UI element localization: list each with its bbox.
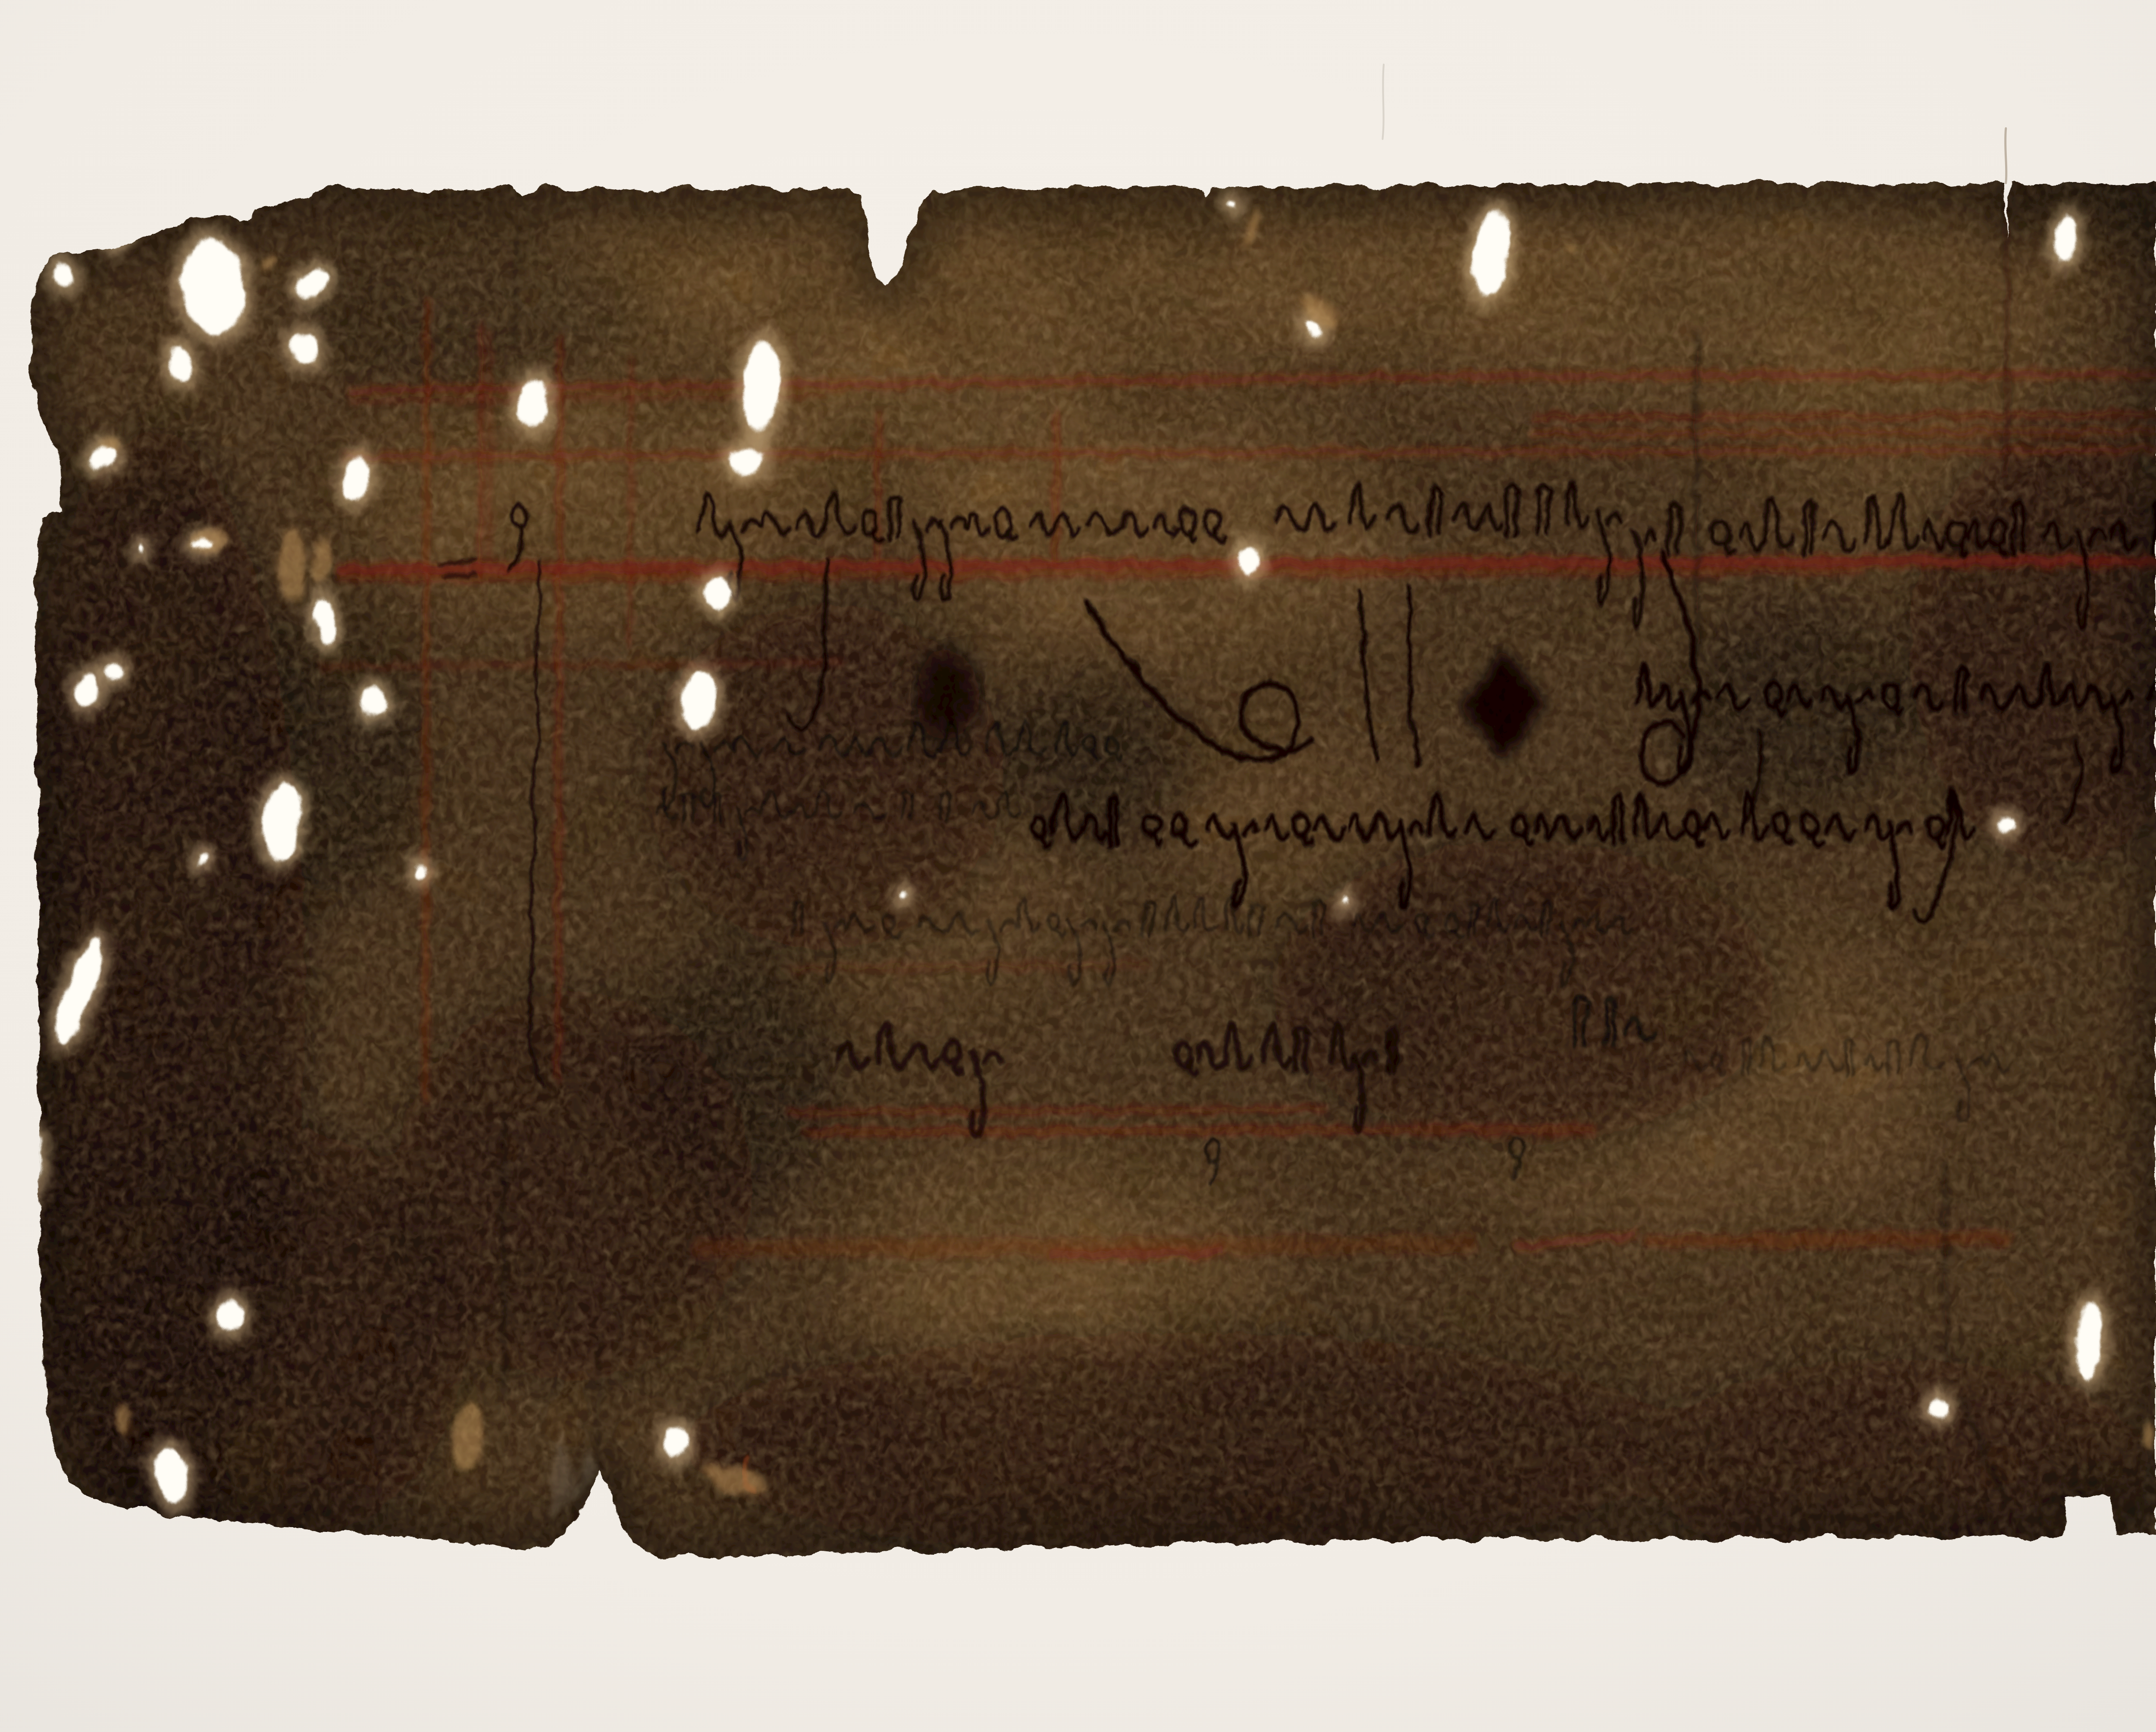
- red-rule-line: [788, 965, 1147, 968]
- crease-line: [1944, 1164, 1947, 1359]
- wormhole: [107, 663, 122, 679]
- fiber-thread: [1382, 65, 1383, 139]
- red-rule-line: [489, 332, 491, 569]
- wormhole: [1238, 546, 1259, 575]
- red-rule-line: [481, 328, 482, 574]
- red-rule-line: [877, 414, 879, 569]
- crease-line: [503, 1121, 504, 1399]
- red-rule-line: [699, 1244, 1470, 1249]
- red-rule-line: [558, 336, 560, 1078]
- red-rule-line: [1534, 431, 2156, 434]
- fiber-sliver: [2006, 129, 2006, 183]
- red-rule-line: [425, 302, 427, 1100]
- red-rule-line: [806, 1129, 1595, 1132]
- red-rule-line: [1648, 1238, 2007, 1242]
- wormhole: [1343, 898, 1348, 904]
- red-rule-line: [630, 358, 631, 647]
- wormhole: [663, 1427, 688, 1458]
- red-rule-line: [1534, 415, 2156, 417]
- wormhole: [1930, 1398, 1948, 1417]
- photo-stage: [0, 0, 2156, 1732]
- wormhole: [1229, 200, 1237, 208]
- wormhole: [415, 865, 426, 877]
- manuscript-photo: [0, 0, 2156, 1732]
- manuscript-fragment: [3, 155, 2156, 1574]
- red-rule-line: [1050, 1253, 1222, 1256]
- wormhole: [901, 894, 908, 901]
- wormhole: [360, 689, 386, 715]
- red-rule-line: [1055, 412, 1056, 566]
- wormhole: [1998, 817, 2014, 832]
- red-rule-line: [323, 663, 842, 666]
- thin-spot: [2141, 1423, 2156, 1449]
- wormhole: [139, 546, 145, 554]
- thin-spot: [1565, 245, 1575, 254]
- thin-spot: [279, 528, 306, 602]
- wormhole: [198, 854, 208, 864]
- wormhole: [52, 264, 74, 286]
- wormhole: [216, 1301, 244, 1330]
- crease-line: [2006, 203, 2007, 474]
- red-rule-line: [788, 1109, 1326, 1113]
- wormhole: [290, 333, 319, 362]
- wormhole: [703, 578, 730, 608]
- crease-line: [1696, 332, 1697, 673]
